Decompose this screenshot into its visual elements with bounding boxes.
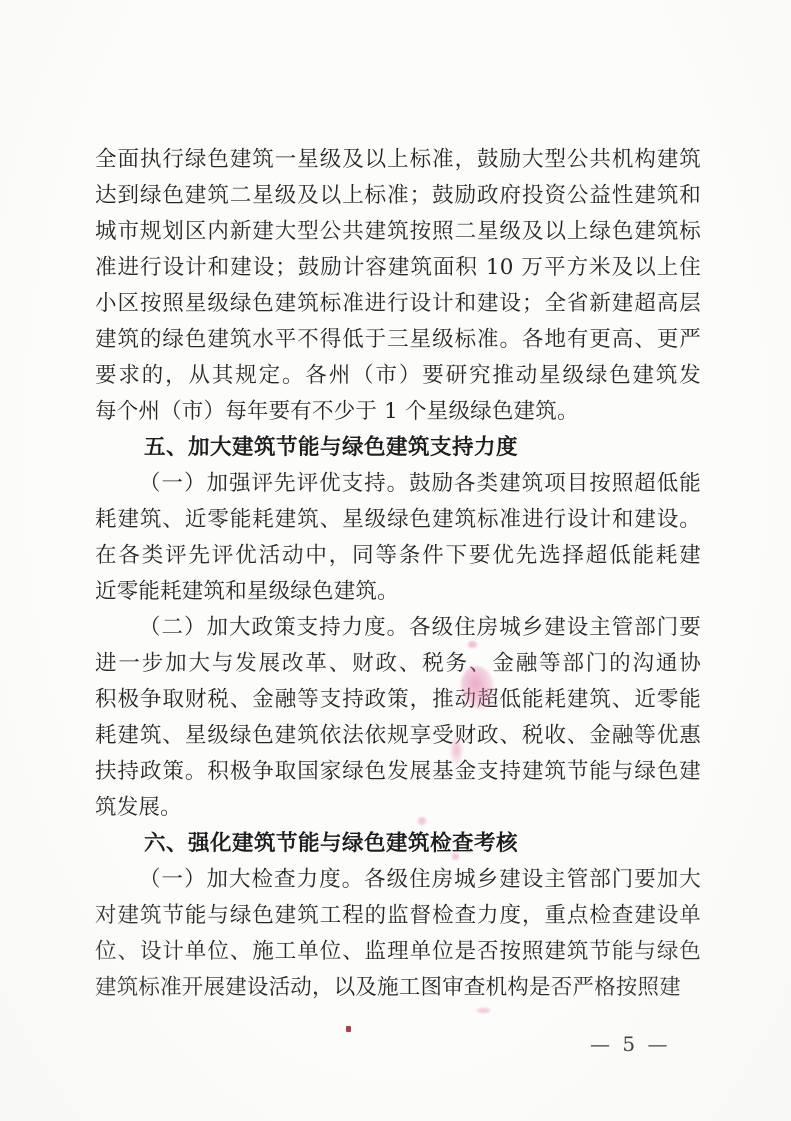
text-line: （一）加大检查力度。各级住房城乡建设主管部门要加大 xyxy=(95,862,701,898)
section-heading: 六、强化建筑节能与绿色建筑检查考核 xyxy=(95,826,701,862)
text-line: 进一步加大与发展改革、财政、税务、金融等部门的沟通协调， xyxy=(95,646,701,682)
text-line: 耗建筑、近零能耗建筑、星级绿色建筑标准进行设计和建设。 xyxy=(95,502,701,538)
text-line: 建筑标准开展建设活动，以及施工图审查机构是否严格按照建 xyxy=(95,970,701,1006)
text-line: 小区按照星级绿色建筑标准进行设计和建设；全省新建超高层 xyxy=(95,286,701,322)
text-line: 建筑的绿色建筑水平不得低于三星级标准。各地有更高、更严 xyxy=(95,322,701,358)
text-line: 准进行设计和建设；鼓励计容建筑面积 10 万平方米及以上住宅 xyxy=(95,250,701,286)
text-line: 在各类评先评优活动中，同等条件下要优先选择超低能耗建筑、 xyxy=(95,538,701,574)
text-line: 积极争取财税、金融等支持政策，推动超低能耗建筑、近零能 xyxy=(95,682,701,718)
document-body: 全面执行绿色建筑一星级及以上标准，鼓励大型公共机构建筑达到绿色建筑二星级及以上标… xyxy=(95,142,701,1006)
text-line: （一）加强评先评优支持。鼓励各类建筑项目按照超低能 xyxy=(95,466,701,502)
page-number: — 5 — xyxy=(590,1032,670,1056)
text-line: 扶持政策。积极争取国家绿色发展基金支持建筑节能与绿色建 xyxy=(95,754,701,790)
scan-stain-pink-smudge xyxy=(477,1008,490,1013)
scan-stain-red-dot xyxy=(346,1026,351,1032)
text-line: 达到绿色建筑二星级及以上标准；鼓励政府投资公益性建筑和 xyxy=(95,178,701,214)
text-line: 城市规划区内新建大型公共建筑按照二星级及以上绿色建筑标 xyxy=(95,214,701,250)
text-line: 位、设计单位、施工单位、监理单位是否按照建筑节能与绿色 xyxy=(95,934,701,970)
text-line: 全面执行绿色建筑一星级及以上标准，鼓励大型公共机构建筑 xyxy=(95,142,701,178)
text-line: 每个州（市）每年要有不少于 1 个星级绿色建筑。 xyxy=(95,394,701,430)
text-line: 对建筑节能与绿色建筑工程的监督检查力度，重点检查建设单 xyxy=(95,898,701,934)
text-line: 近零能耗建筑和星级绿色建筑。 xyxy=(95,574,701,610)
text-line: 筑发展。 xyxy=(95,790,701,826)
text-line: 耗建筑、星级绿色建筑依法依规享受财政、税收、金融等优惠 xyxy=(95,718,701,754)
section-heading: 五、加大建筑节能与绿色建筑支持力度 xyxy=(95,430,701,466)
text-line: （二）加大政策支持力度。各级住房城乡建设主管部门要 xyxy=(95,610,701,646)
text-line: 要求的，从其规定。各州（市）要研究推动星级绿色建筑发展， xyxy=(95,358,701,394)
scanned-document-page: 全面执行绿色建筑一星级及以上标准，鼓励大型公共机构建筑达到绿色建筑二星级及以上标… xyxy=(0,0,791,1121)
